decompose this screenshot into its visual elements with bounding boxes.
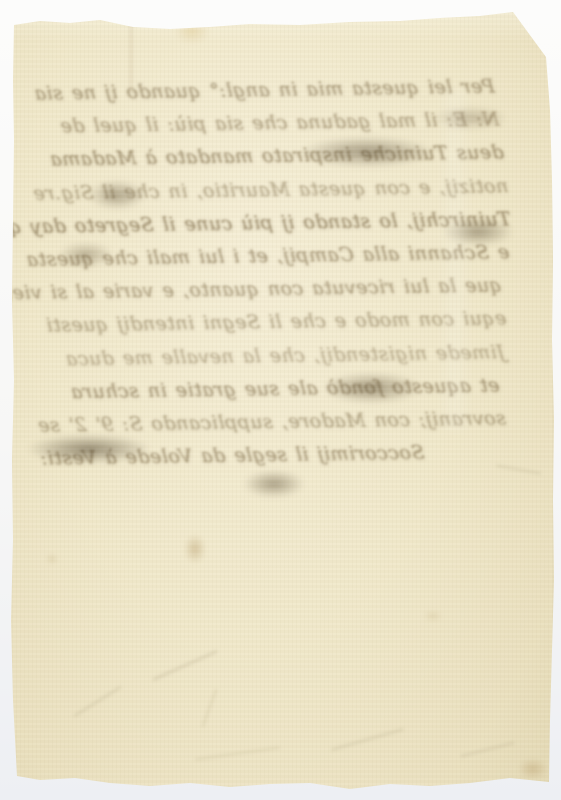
stain <box>46 554 58 564</box>
stain <box>184 534 206 564</box>
stain <box>174 18 210 44</box>
scanner-background: Per lei questa mia in angl:° quando ij n… <box>0 0 561 800</box>
stain <box>518 758 548 780</box>
crease-mark <box>201 689 217 728</box>
manuscript-page: Per lei questa mia in angl:° quando ij n… <box>0 0 561 800</box>
crease-mark <box>195 746 280 761</box>
crease-mark <box>460 741 514 757</box>
crease-mark <box>73 686 121 718</box>
crease-mark <box>331 728 404 752</box>
handwriting-line: sovranij; con Madore, supplicando S: 9' … <box>23 402 508 443</box>
bleedthrough-text-block: Per lei questa mia in angl:° quando ij n… <box>19 70 522 518</box>
crease-mark <box>152 650 217 681</box>
stain <box>424 610 442 622</box>
handwriting-line: Soccorimij il segle da Volede à Vesti: <box>23 437 426 476</box>
